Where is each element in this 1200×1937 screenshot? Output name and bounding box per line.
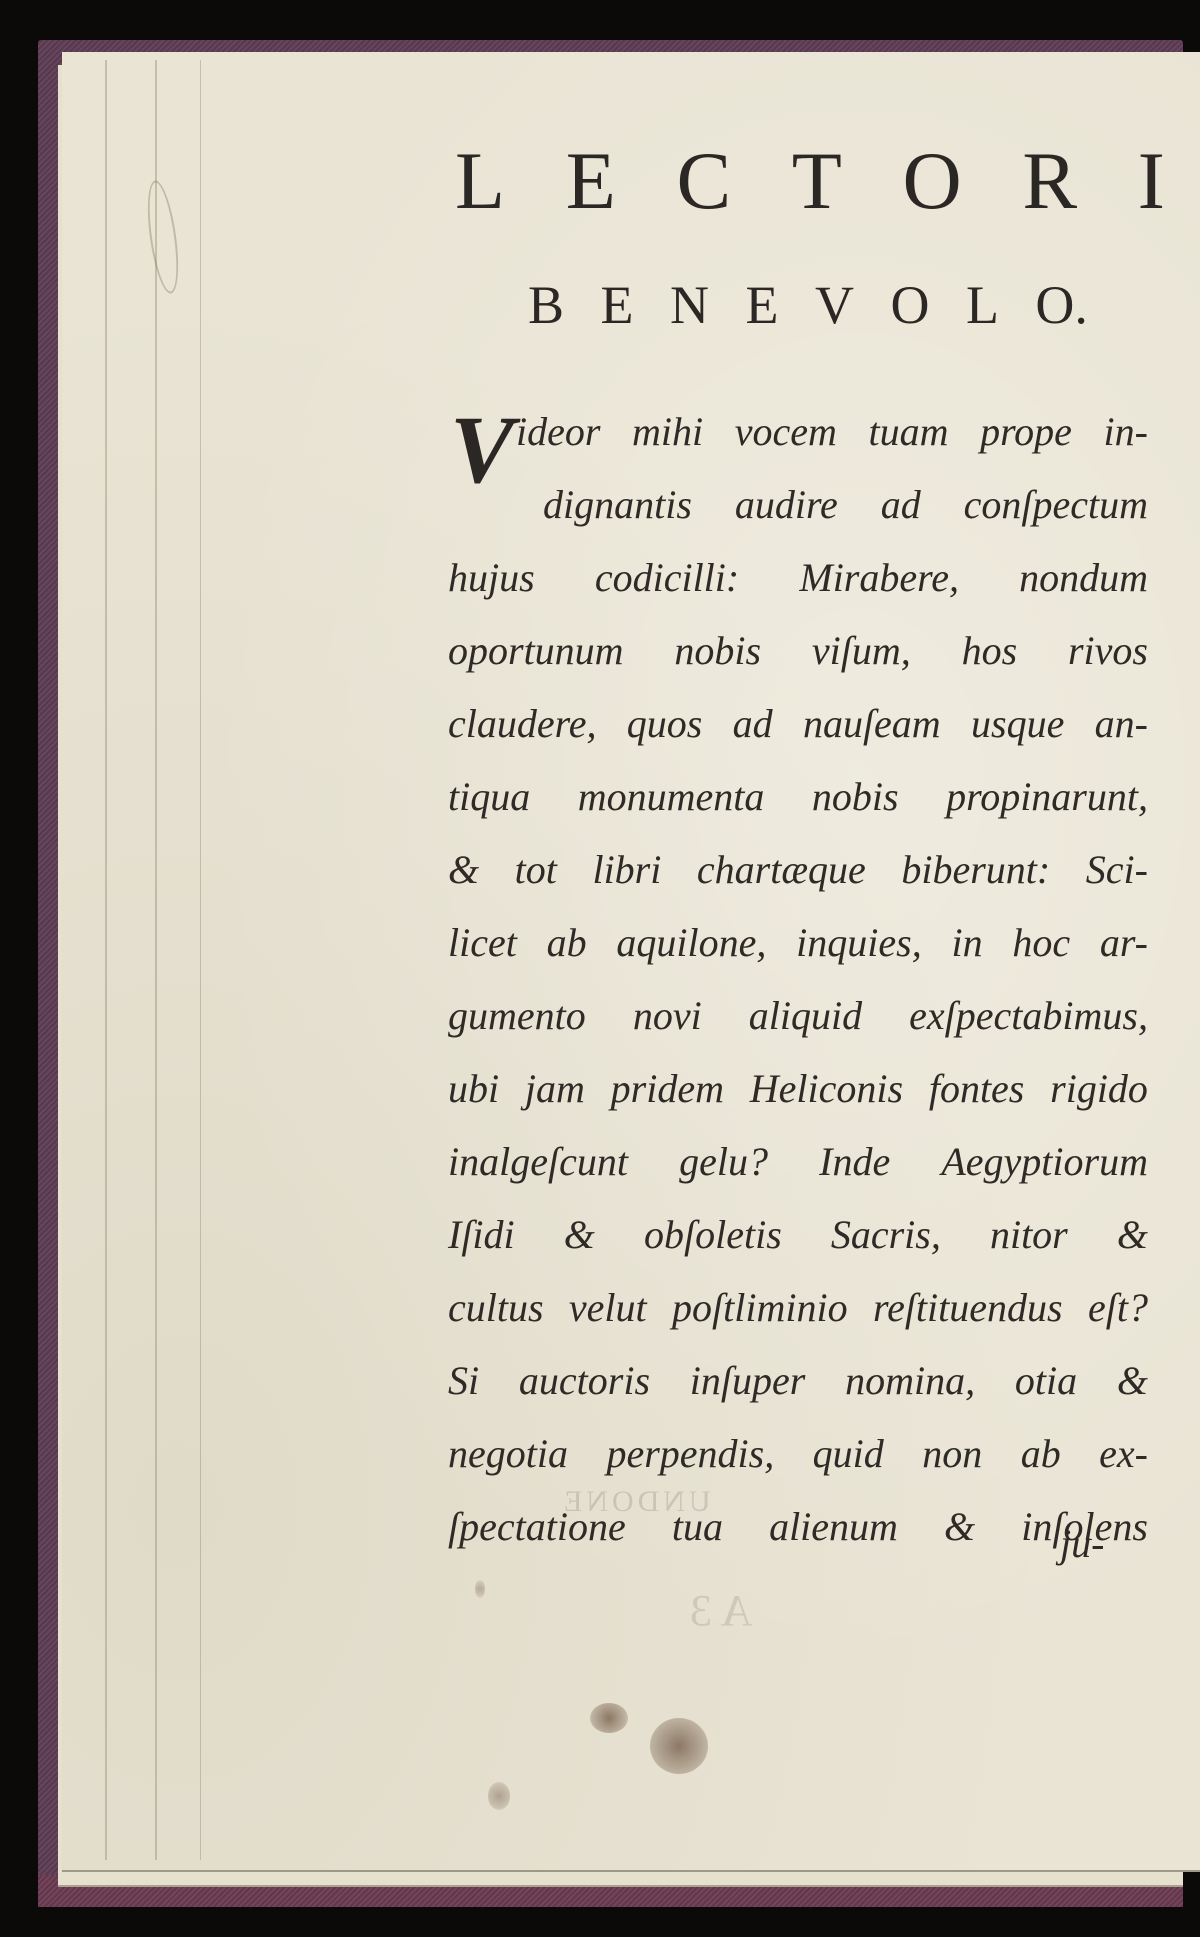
heading-letter: T <box>792 140 842 222</box>
heading-letter: E <box>601 278 634 332</box>
word: alienum <box>769 1490 898 1563</box>
word: tiqua <box>448 760 530 833</box>
word: otia <box>1015 1344 1077 1417</box>
word: non <box>922 1417 982 1490</box>
word: in- <box>1104 395 1148 468</box>
deckle-edge <box>155 60 157 1860</box>
word: biberunt: <box>901 833 1050 906</box>
heading-letter: O <box>890 278 929 332</box>
word: usque <box>971 687 1064 760</box>
word: & <box>1117 1344 1148 1417</box>
word: Si <box>448 1344 479 1417</box>
word: ex- <box>1099 1417 1148 1490</box>
text-line: ſpectationetuaalienum&inſolens <box>448 1490 1148 1563</box>
word: negotia <box>448 1417 568 1490</box>
show-through-signature: A 3 <box>690 1585 752 1636</box>
heading-letter: V <box>815 278 854 332</box>
heading-letter: O <box>902 140 961 222</box>
word: monumenta <box>578 760 765 833</box>
word: ar- <box>1100 906 1148 979</box>
word: codicilli: <box>595 541 739 614</box>
text-line: gumentonovialiquidexſpectabimus, <box>448 979 1148 1052</box>
word: nomina, <box>845 1344 975 1417</box>
text-line: ubijampridemHeliconisfontesrigido <box>448 1052 1148 1125</box>
word: fontes <box>929 1052 1025 1125</box>
word: oportunum <box>448 614 624 687</box>
heading-letter: E <box>745 278 778 332</box>
word: ubi <box>448 1052 499 1125</box>
word: ab <box>1021 1417 1061 1490</box>
word: prope <box>980 395 1072 468</box>
stain-spot <box>650 1718 708 1774</box>
text-line: Siauctorisinſupernomina,otia& <box>448 1344 1148 1417</box>
word: Aegyptiorum <box>941 1125 1148 1198</box>
word: inquies, <box>796 906 922 979</box>
word: velut <box>569 1271 647 1344</box>
heading-letter: N <box>670 278 709 332</box>
heading-letter: E <box>566 140 616 222</box>
word: gumento <box>448 979 586 1052</box>
word: an- <box>1095 687 1148 760</box>
text-line: ideormihivocemtuampropein- <box>448 395 1148 468</box>
text-line: licetabaquilone,inquies,inhocar- <box>448 906 1148 979</box>
word: obſoletis <box>644 1198 782 1271</box>
word: Mirabere, <box>799 541 959 614</box>
text-line: Iſidi&obſoletisSacris,nitor& <box>448 1198 1148 1271</box>
word: ab <box>547 906 587 979</box>
word: exſpectabimus, <box>909 979 1148 1052</box>
word: mihi <box>632 395 703 468</box>
word: reſtituendus <box>873 1271 1063 1344</box>
heading-letter: I <box>1138 140 1165 222</box>
word: poſtliminio <box>672 1271 848 1344</box>
word: tot <box>515 833 557 906</box>
word: nobis <box>674 614 761 687</box>
catchword: ju- <box>1060 1520 1104 1567</box>
word: aquilone, <box>616 906 766 979</box>
word: vocem <box>735 395 837 468</box>
word: Iſidi <box>448 1198 515 1271</box>
text-line: tiquamonumentanobispropinarunt, <box>448 760 1148 833</box>
word: ad <box>733 687 773 760</box>
word: inſuper <box>690 1344 806 1417</box>
word: nondum <box>1019 541 1148 614</box>
text-line: claudere,quosadnauſeamusquean- <box>448 687 1148 760</box>
word: hoc <box>1012 906 1070 979</box>
word: hujus <box>448 541 535 614</box>
word: inalgeſcunt <box>448 1125 628 1198</box>
word: jam <box>525 1052 585 1125</box>
word: in <box>951 906 982 979</box>
word: hos <box>962 614 1018 687</box>
text-line: cultusvelutpoſtliminioreſtituenduseſt? <box>448 1271 1148 1344</box>
word: licet <box>448 906 517 979</box>
word: & <box>1117 1198 1148 1271</box>
word: rivos <box>1068 614 1148 687</box>
text-line: inalgeſcuntgelu?IndeAegyptiorum <box>448 1125 1148 1198</box>
word: libri <box>592 833 661 906</box>
word: propinarunt, <box>946 760 1148 833</box>
heading-letter: R <box>1022 140 1077 222</box>
word: & <box>564 1198 595 1271</box>
stain-spot <box>488 1782 510 1810</box>
word: ad <box>881 468 921 541</box>
word: Sci- <box>1086 833 1148 906</box>
word: eſt? <box>1088 1271 1148 1344</box>
word: quid <box>813 1417 884 1490</box>
word: & <box>448 833 479 906</box>
word: tuam <box>869 395 949 468</box>
page-heading-lectori: L E C T O R I <box>455 140 1165 222</box>
word: tua <box>672 1490 723 1563</box>
word: chartæque <box>697 833 866 906</box>
deckle-edge <box>200 60 201 1860</box>
word: nobis <box>812 760 899 833</box>
word: audire <box>735 468 838 541</box>
heading-letter: L <box>455 140 505 222</box>
word: nitor <box>990 1198 1068 1271</box>
stain-spot <box>475 1580 485 1598</box>
word: claudere, <box>448 687 596 760</box>
word: aliquid <box>749 979 862 1052</box>
stain-spot <box>590 1703 628 1733</box>
word: gelu? <box>679 1125 768 1198</box>
word: cultus <box>448 1271 544 1344</box>
body-paragraph: ideormihivocemtuampropein-dignantisaudir… <box>448 395 1148 1563</box>
word: & <box>944 1490 975 1563</box>
word: Inde <box>819 1125 890 1198</box>
word: ideor <box>516 395 600 468</box>
word: perpendis, <box>606 1417 774 1490</box>
word: novi <box>633 979 702 1052</box>
word: quos <box>627 687 703 760</box>
heading-letter: C <box>676 140 731 222</box>
word: conſpectum <box>964 468 1148 541</box>
text-line: dignantisaudireadconſpectum <box>448 468 1148 541</box>
text-line: &totlibrichartæquebiberunt:Sci- <box>448 833 1148 906</box>
text-line: negotiaperpendis,quidnonabex- <box>448 1417 1148 1490</box>
word: nauſeam <box>803 687 941 760</box>
word: ſpectatione <box>448 1490 626 1563</box>
text-line: hujuscodicilli:Mirabere,nondum <box>448 541 1148 614</box>
deckle-edge <box>105 60 107 1860</box>
word: dignantis <box>543 468 692 541</box>
heading-letter: O. <box>1035 278 1088 332</box>
text-line: oportunumnobisviſum,hosrivos <box>448 614 1148 687</box>
word: viſum, <box>812 614 911 687</box>
page-heading-benevolo: B E N E V O L O. <box>528 278 1088 332</box>
heading-letter: L <box>966 278 999 332</box>
word: Heliconis <box>750 1052 903 1125</box>
word: pridem <box>611 1052 724 1125</box>
word: Sacris, <box>831 1198 941 1271</box>
word: auctoris <box>519 1344 650 1417</box>
heading-letter: B <box>528 278 564 332</box>
word: rigido <box>1050 1052 1148 1125</box>
